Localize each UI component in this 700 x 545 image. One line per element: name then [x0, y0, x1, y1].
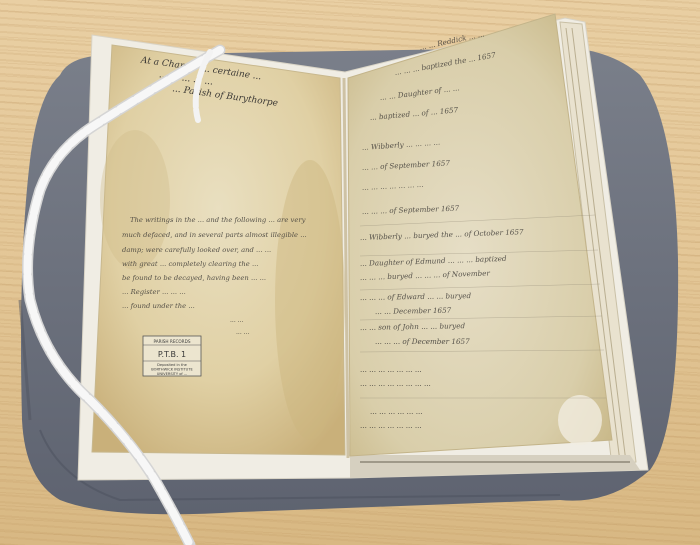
stamp-line: BORTHWICK INSTITUTE	[151, 368, 193, 372]
left-body-line: much defaced, and in several parts almos…	[122, 231, 307, 239]
register-entry: ... ... ... ... ... ... ...	[360, 365, 422, 374]
stamp-line: Deposited in the	[157, 363, 187, 367]
stamp-line: UNIVERSITY of ...	[157, 372, 188, 376]
archive-stamp: PARISH RECORDS P.T.B. 1 Deposited in the…	[143, 336, 201, 376]
left-signature-line: ... ...	[230, 317, 243, 324]
left-body-line: be found to be decayed, having been ... …	[122, 274, 266, 282]
register-entry: ... ... ... ... ... ... ... ...	[360, 379, 431, 388]
stamp-code: P.T.B. 1	[158, 350, 186, 359]
register-entry: ... ... son of John ... ... buryed	[360, 321, 466, 332]
left-signature-line: ... ...	[236, 329, 249, 336]
book-illustration: At a Chapter ... certaine ... ... in ...…	[0, 0, 700, 545]
left-body-line: ... found under the ...	[122, 302, 195, 310]
register-entry: ... ... December 1657	[375, 306, 452, 316]
register-entry: ... ... ... of December 1657	[375, 337, 470, 346]
left-body-line: damp; were carefully looked over, and ..…	[122, 246, 271, 254]
stamp-line: PARISH RECORDS	[154, 339, 191, 344]
register-entry: ... ... ... ... ... ... ...	[360, 421, 422, 430]
photo-scene: At a Chapter ... certaine ... ... in ...…	[0, 0, 700, 545]
left-body-line: with great ... completely clearing the .…	[122, 260, 258, 268]
register-entry: ... ... ... ... ... ...	[370, 407, 423, 416]
left-body-line: The writings in the ... and the followin…	[130, 216, 306, 224]
left-body-line: ... Register ... ... ...	[122, 288, 186, 296]
